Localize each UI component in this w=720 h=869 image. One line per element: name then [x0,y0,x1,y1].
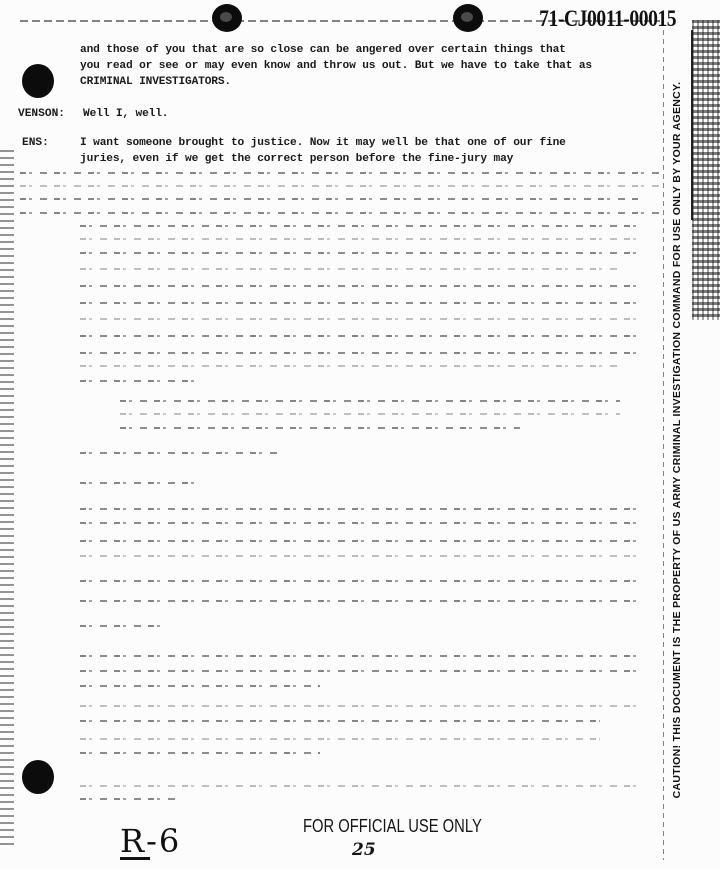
transcript-line: Well I, well. [83,108,168,120]
scanned-document-page: 71-CJ0011-00015 and those of you that ar… [0,0,720,869]
faded-text-line [80,365,620,367]
caution-stamp: CAUTION! THIS DOCUMENT IS THE PROPERTY O… [671,82,683,799]
side-stamp-container: CAUTION! THIS DOCUMENT IS THE PROPERTY O… [668,40,686,840]
faded-text-line [80,685,320,687]
speaker-label: VENSON: [18,108,65,120]
faded-text-line [80,752,320,754]
faded-text-line [80,252,640,254]
faded-text-line [80,555,640,557]
faded-text-line [80,600,640,602]
scan-edge-right [692,20,720,320]
faded-text-line [80,285,640,287]
faded-text-line [80,785,640,787]
faded-text-line [80,238,640,240]
faded-text-line [80,302,640,304]
transcript-line: CRIMINAL INVESTIGATORS. [80,76,231,88]
faded-text-line [80,738,600,740]
scan-edge-left [0,150,14,850]
faded-text-line [80,625,160,627]
punch-hole-left-lower [22,760,54,794]
handwritten-underline [120,857,150,860]
handwritten-label: R-6 [120,822,181,860]
punch-hole-top-left [212,4,242,32]
faded-text-line [80,452,280,454]
faded-text-line [80,508,640,510]
faded-text-line [80,580,640,582]
faded-text-line [20,198,640,200]
faded-text-line [80,335,640,337]
transcript-line: juries, even if we get the correct perso… [80,153,513,165]
faded-text-line [120,400,620,402]
punch-hole-top-right [453,4,483,32]
faded-text-line [20,212,660,214]
faded-text-line [80,268,620,270]
faded-text-line [80,720,600,722]
faded-text-line [120,427,520,429]
page-number: 25 [352,840,376,860]
punch-hole-left-upper [22,64,54,98]
faded-text-line [80,352,640,354]
faded-text-line [80,540,640,542]
faded-text-line [120,413,620,415]
faded-text-line [20,185,660,187]
faded-text-line [80,798,180,800]
faded-text-line [80,522,640,524]
faded-text-line [80,655,640,657]
transcript-line: you read or see or may even know and thr… [80,60,592,72]
vertical-rule [663,30,664,860]
faded-text-line [80,705,640,707]
faded-text-line [80,482,200,484]
transcript-line: and those of you that are so close can b… [80,44,566,56]
speaker-label: ENS: [22,137,49,149]
classification-footer: FOR OFFICIAL USE ONLY [303,816,482,837]
faded-text-line [80,670,640,672]
faded-text-line [80,380,200,382]
transcript-line: I want someone brought to justice. Now i… [80,137,566,149]
faded-text-line [20,172,660,174]
document-number: 71-CJ0011-00015 [539,6,676,32]
faded-text-line [80,225,640,227]
faded-text-line [80,318,640,320]
